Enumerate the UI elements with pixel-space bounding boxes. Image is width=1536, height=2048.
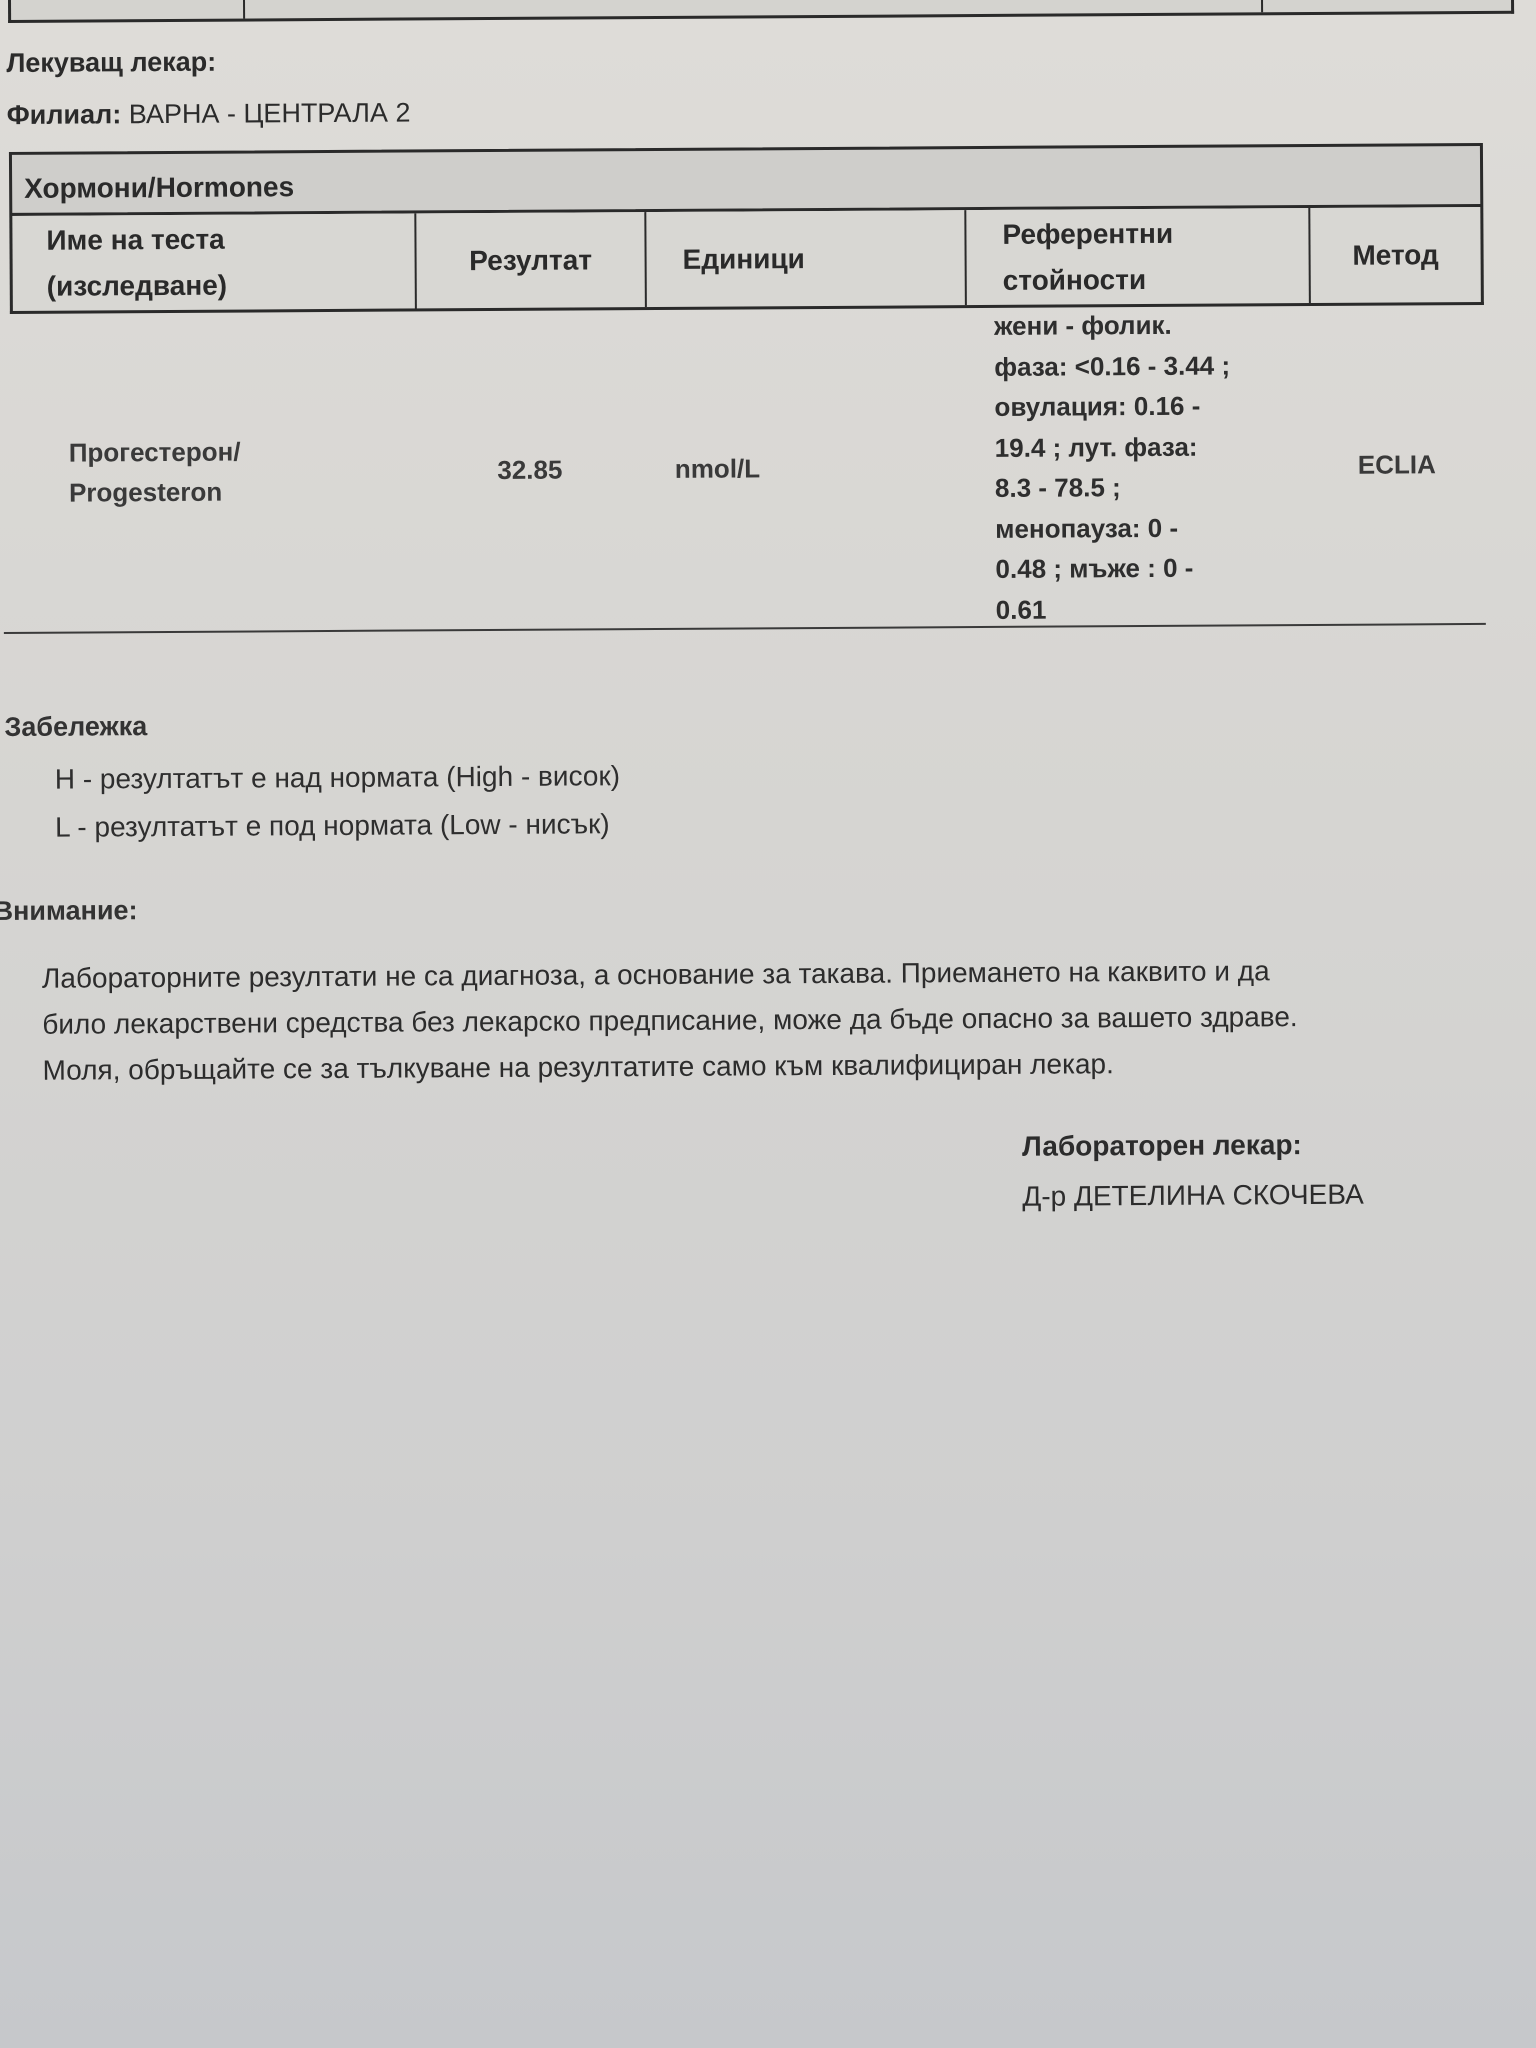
reference-range-lines: жени - фолик.фаза: <0.16 - 3.44 ;овулаци… [994,304,1232,629]
column-header-method: Метод [1310,207,1481,303]
units-value: nmol/L [644,308,966,628]
test-name-en: Progesteron [69,472,241,513]
column-header-reference: Референтни стойности [966,208,1311,305]
patient-info-table-remnant: ЕГН: 0000 [8,0,1514,23]
branch-line: Филиал: ВАРНА - ЦЕНТРАЛА 2 [7,97,411,130]
treating-doctor-label: Лекуващ лекар: [6,47,216,79]
column-header-units: Единици [646,210,967,307]
table-row: Прогестерон/ Progesteron 32.85 nmol/L же… [2,305,1486,634]
reference-range-line: менопауза: 0 - [995,507,1231,549]
table-divider [243,0,245,19]
branch-value: ВАРНА - ЦЕНТРАЛА 2 [129,97,411,129]
column-header-test-name: Име на теста (изследване) [12,213,417,310]
reference-range-line: жени - фолик. [994,304,1230,346]
column-header-line: Име на теста [46,216,227,263]
reference-range-line: овулация: 0.16 - [994,385,1230,427]
test-name-cell: Прогестерон/ Progesteron [10,311,416,631]
lab-doctor-name: Д-р ДЕТЕЛИНА СКОЧЕВА [1022,1170,1364,1222]
hormones-results-table: Хормони/Hormones Име на теста (изследван… [9,143,1486,634]
note-high-flag: H - резултатът е над нормата (High - вис… [55,760,620,795]
lab-doctor-signature: Лабораторен лекар: Д-р ДЕТЕЛИНА СКОЧЕВА [1022,1120,1364,1222]
column-header-line: (изследване) [47,262,228,309]
warning-line: Моля, обръщайте се за тълкуване на резул… [42,1039,1522,1094]
lab-doctor-label: Лабораторен лекар: [1022,1120,1364,1172]
reference-range-line: фаза: <0.16 - 3.44 ; [994,345,1230,387]
reference-range-line: 0.48 ; мъже : 0 - [995,547,1231,589]
note-low-flag: L - резултатът е под нормата (Low - нисъ… [55,808,610,843]
reference-range-line: 8.3 - 78.5 ; [995,466,1231,508]
result-value: 32.85 [414,310,646,629]
reference-range-cell: жени - фолик.фаза: <0.16 - 3.44 ;овулаци… [964,304,1310,626]
column-header-line: стойности [1003,256,1174,303]
section-title: Хормони/Hormones [9,143,1483,216]
method-value: ECLIA [1308,305,1486,624]
reference-range-line: 0.61 [996,588,1232,630]
lab-report-page: ЕГН: 0000 Лекуващ лекар: Филиал: ВАРНА -… [0,0,1536,2048]
note-title: Забележка [4,711,147,743]
test-name-bg: Прогестерон/ [69,432,241,473]
table-divider [1261,0,1263,12]
warning-text: Лабораторните резултати не са диагноза, … [42,947,1523,1094]
reference-range-line: 19.4 ; лут. фаза: [995,426,1231,468]
table-header-row: Име на теста (изследване) Резултат Едини… [9,207,1484,314]
warning-title: Внимание: [0,895,138,927]
column-header-line: Референтни [1002,210,1173,257]
column-header-result: Резултат [416,212,647,308]
branch-label: Филиал: [7,99,122,130]
